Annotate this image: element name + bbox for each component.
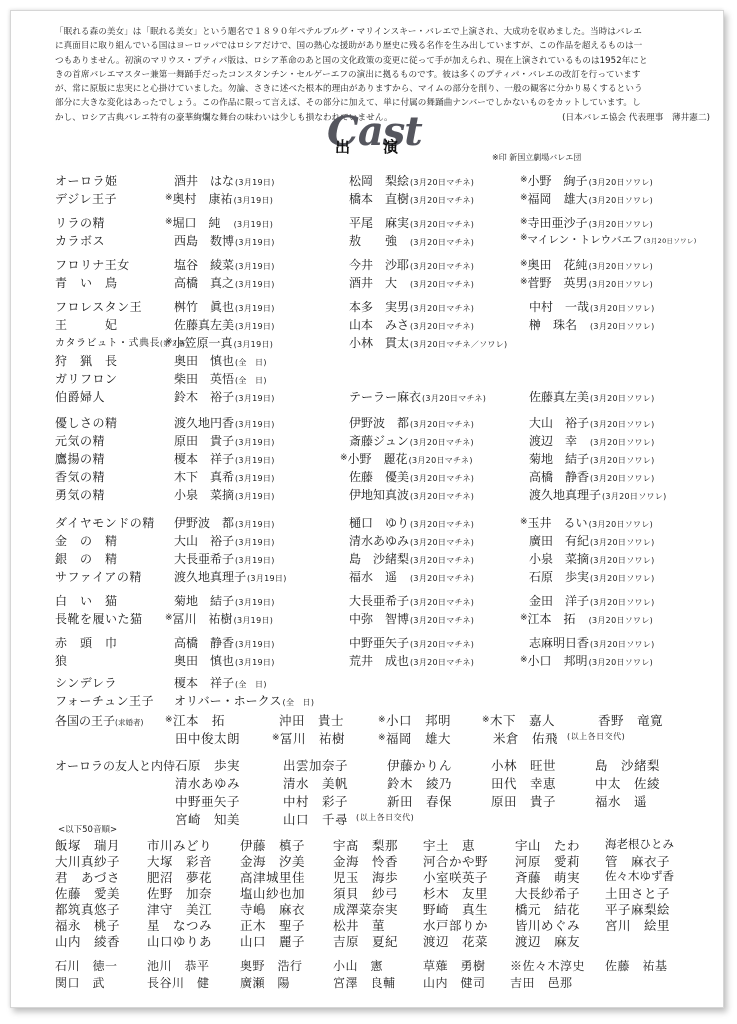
dancer-name: 佐藤真左美 — [174, 318, 234, 332]
role-label: オーロラ姫 — [55, 174, 118, 188]
cast-cell: 本多 実男(3月20日マチネ) — [340, 298, 474, 315]
friend-dancer: 中野亜矢子 — [175, 792, 240, 810]
friend-dancer: 島 沙緒梨 — [595, 756, 660, 774]
cast-cell: ※奥田 花純(3月20日ソワレ) — [520, 256, 653, 273]
cast-cell: 山本 みさ(3月20日マチネ) — [340, 316, 474, 333]
dancer-name: 小野 絢子 — [528, 174, 588, 188]
cast-cell: 清水あゆみ(3月20日マチネ) — [340, 532, 474, 549]
dancer-name: 榊 珠名 — [529, 318, 589, 332]
performance-date: (3月19日) — [235, 492, 275, 501]
cast-cell: 原田 貴子(3月19日) — [165, 432, 275, 449]
cast-cell: 橋本 直樹(3月20日マチネ) — [340, 190, 474, 207]
dancer-name: 渡辺 幸 — [529, 434, 589, 448]
role-label: フォーチュン王子 — [55, 694, 154, 708]
dancer-name: 大長亜希子 — [174, 552, 234, 566]
cast-cell: 伊野波 都(3月20日マチネ) — [340, 414, 474, 431]
role-label: 赤 頭 巾 — [55, 636, 118, 650]
dancer-name: 伊野波 都 — [174, 516, 234, 530]
dancer-name: マイレン・トレウバエフ — [528, 234, 643, 246]
role-label: 王 妃 — [55, 318, 118, 332]
dancer-name: 松岡 梨絵 — [349, 174, 409, 188]
performance-date: (3月20日マチネ) — [410, 438, 474, 447]
performance-date: (3月19日) — [235, 474, 275, 483]
performance-date: (全 日) — [283, 698, 315, 707]
cast-cell: 鈴木 裕子(3月19日) — [165, 388, 275, 405]
dancer-name: 敖 強 — [349, 234, 409, 248]
performance-date: (3月19日) — [235, 598, 275, 607]
cast-cell: 廣田 有紀(3月20日ソワレ) — [520, 532, 655, 549]
dancer-name: 渡久地円香 — [174, 416, 234, 430]
cast-cell: 酒井 はな(3月19日) — [165, 172, 275, 189]
dancer-name: 菅野 英男 — [528, 276, 588, 290]
intro-signature: (日本バレエ協会 代表理事 薄井憲二) — [562, 111, 710, 125]
friend-dancer: 新田 春保 — [387, 792, 452, 810]
performance-date: (3月19日) — [235, 658, 275, 667]
dancer-name: 原田 貴子 — [174, 434, 234, 448]
performance-date: (3月19日) — [234, 340, 274, 349]
dancer-name: 樋口 ゆり — [349, 516, 409, 530]
cast-cell: 中弥 智博(3月20日マチネ) — [340, 610, 474, 627]
prince-dancer: ※江本 拓 — [165, 711, 225, 729]
intro-line: 「眠れる森の美女」は「眠れる美女」という題名で１８９０年ペテルブルグ・マリインス… — [55, 25, 710, 39]
performance-date: (3月20日ソワレ) — [602, 492, 667, 501]
ensemble-dancer-male: ※佐々木淳史 — [510, 957, 585, 974]
dancer-name: テーラー麻衣 — [349, 390, 421, 404]
ensemble-dancer: 山口 麗子 — [240, 932, 305, 950]
performance-date: (3月20日ソワレ) — [644, 237, 697, 245]
dancer-name: 冨川 祐樹 — [280, 731, 345, 746]
performance-date: (3月20日ソワレ) — [590, 640, 655, 649]
performance-date: (全 日) — [235, 680, 267, 689]
cast-cell: 小林 貫太(3月20日マチネ／ソワレ) — [340, 334, 507, 351]
ensemble-dancer-male: 廣瀬 陽 — [240, 974, 290, 991]
dancer-name: 廣田 有紀 — [529, 534, 589, 548]
cast-cell: 奥田 慎也(3月19日) — [165, 652, 275, 669]
dancer-name: 佐藤 優美 — [349, 470, 409, 484]
cast-cell: 金田 洋子(3月20日ソワレ) — [520, 592, 655, 609]
role-label: 元気の精 — [55, 434, 105, 448]
performance-date: (3月19日) — [235, 178, 275, 187]
dancer-name: 石原 歩実 — [529, 570, 589, 584]
cast-cell: 大山 裕子(3月19日) — [165, 532, 275, 549]
role-label: シンデレラ — [55, 676, 117, 690]
dancer-name: 渡久地真理子 — [174, 570, 246, 584]
cast-cell: 高橋 静香(3月20日ソワレ) — [520, 468, 655, 485]
cast-cell: 伊野波 都(3月19日) — [165, 514, 275, 531]
dancer-name: 大山 裕子 — [529, 416, 589, 430]
performance-date: (3月20日マチネ) — [410, 474, 474, 483]
role-label: 長靴を履いた猫 — [55, 612, 143, 626]
dancer-name: 鈴木 裕子 — [174, 390, 234, 404]
rotation-note: (以上各日交代) — [356, 812, 414, 823]
performance-date: (3月20日マチネ) — [410, 220, 474, 229]
dancer-name: 中野亜矢子 — [349, 636, 409, 650]
company-mark: ※ — [520, 655, 528, 665]
ensemble-dancer: 海老根ひとみ — [605, 836, 674, 852]
cast-cell: 中野亜矢子(3月20日マチネ) — [340, 634, 474, 651]
dancer-name: 玉井 るい — [528, 516, 588, 530]
company-mark: ※ — [165, 715, 173, 725]
friend-dancer: 中村 彩子 — [283, 792, 348, 810]
performance-date: (3月20日マチネ) — [410, 574, 474, 583]
dancer-name: 菊地 結子 — [174, 594, 234, 608]
friend-dancer: 鈴木 綾乃 — [387, 774, 452, 792]
role-label: 鷹揚の精 — [55, 452, 105, 466]
ensemble-dancer: 渡辺 麻友 — [515, 932, 580, 950]
cast-cell: 佐藤真左美(3月19日) — [165, 316, 275, 333]
friend-dancer: 宮崎 知美 — [175, 810, 240, 828]
dancer-name: 高橋 静香 — [529, 470, 589, 484]
performance-date: (3月20日ソワレ) — [589, 262, 654, 271]
prince-dancer: 香野 竜寛 — [598, 711, 663, 729]
dancer-name: 渡久地真理子 — [529, 488, 601, 502]
performance-date: (3月20日マチネ) — [410, 616, 474, 625]
ensemble-dancer: 佐々木ゆず香 — [605, 868, 674, 884]
performance-date: (3月20日マチネ) — [410, 520, 474, 529]
dancer-name: 小林 貫太 — [349, 336, 409, 350]
cast-cell: 小泉 菜摘(3月20日ソワレ) — [520, 550, 655, 567]
dancer-name: 西島 数博 — [174, 234, 234, 248]
performance-date: (3月19日) — [234, 220, 274, 229]
dancer-name: 高橋 真之 — [174, 276, 234, 290]
dancer-name: 寺田亜沙子 — [528, 216, 588, 230]
dancer-name: 志麻明日香 — [529, 636, 589, 650]
cast-cell: オリバー・ホークス(全 日) — [165, 692, 314, 709]
cast-cell: 木下 真希(3月19日) — [165, 468, 275, 485]
performance-date: (3月19日) — [235, 394, 275, 403]
ensemble-dancer-male: 山内 健司 — [423, 974, 486, 991]
company-mark: ※ — [520, 233, 528, 243]
prince-dancer: ※木下 嘉人 — [482, 711, 555, 729]
role-label: リラの精 — [55, 216, 105, 230]
cast-cell: テーラー麻衣(3月20日マチネ) — [340, 388, 486, 405]
dancer-name: 清水あゆみ — [349, 534, 409, 548]
dancer-name: 奥田 慎也 — [174, 654, 234, 668]
role-label: 青 い 鳥 — [55, 276, 118, 290]
friend-dancer: 田代 幸恵 — [491, 774, 556, 792]
performance-date: (3月20日マチネ) — [410, 538, 474, 547]
cast-cell: ※小野 絢子(3月20日ソワレ) — [520, 172, 653, 189]
role-label: 狩 猟 長 — [55, 354, 118, 368]
performance-date: (3月20日ソワレ) — [590, 474, 655, 483]
friend-dancer: 福水 遥 — [595, 792, 647, 810]
cast-cell: 高橋 真之(3月19日) — [165, 274, 275, 291]
performance-date: (3月19日) — [235, 438, 275, 447]
role-label: 勇気の精 — [55, 488, 105, 502]
cast-cell: 柴田 英悟(全 日) — [165, 370, 267, 387]
cast-cell: 榎本 祥子(3月19日) — [165, 450, 275, 467]
dancer-name: 江本 拓 — [528, 612, 588, 626]
performance-date: (3月20日ソワレ) — [590, 556, 655, 565]
dancer-name: 小泉 菜摘 — [529, 552, 589, 566]
company-mark: ※ — [520, 517, 528, 527]
cast-cell: 志麻明日香(3月20日ソワレ) — [520, 634, 655, 651]
performance-date: (3月19日) — [247, 574, 287, 583]
dancer-name: 田中俊太朗 — [175, 731, 240, 746]
cast-cell: ※江本 拓 (3月20日ソワレ) — [520, 610, 653, 627]
dancer-name: 小笠原一真 — [173, 336, 233, 350]
dancer-name: 斎藤ジュン — [349, 434, 409, 448]
performance-date: (3月20日ソワレ) — [589, 280, 654, 289]
dancer-name: 福水 遥 — [349, 570, 409, 584]
intro-line: に真面目に取り組んでいる国はヨーロッパではロシアだけで、国の熱心な援助があり歴史… — [55, 39, 710, 53]
cast-cell: 伊地知真波(3月20日マチネ) — [340, 486, 474, 503]
cast-cell: ※堀口 純 (3月19日) — [165, 214, 273, 231]
intro-line: つもありません。初演のマリウス・プティパ版は、ロシア革命のあと国の文化政策の変更… — [55, 54, 710, 68]
dancer-name: 沖田 貴士 — [279, 713, 344, 728]
performance-date: (3月19日) — [235, 456, 275, 465]
performance-date: (3月20日マチネ) — [410, 556, 474, 565]
princes-label-text: 各国の王子 — [55, 714, 115, 728]
ensemble-dancer: 吉原 夏紀 — [333, 932, 398, 950]
performance-date: (3月20日マチネ／ソワレ) — [410, 340, 507, 349]
dancer-name: 今井 沙耶 — [349, 258, 409, 272]
cast-cell: 斎藤ジュン(3月20日マチネ) — [340, 432, 474, 449]
ensemble-dancer-male: 吉田 邑那 — [510, 974, 573, 991]
ensemble-dancer: 山口ゆりあ — [147, 932, 212, 950]
performance-date: (3月20日ソワレ) — [589, 178, 654, 187]
cast-cell: 大長亜希子(3月20日マチネ) — [340, 592, 474, 609]
ensemble-dancer-male: 佐藤 祐基 — [605, 957, 668, 974]
performance-date: (3月20日ソワレ) — [589, 220, 654, 229]
cast-cell: 樋口 ゆり(3月20日マチネ) — [340, 514, 474, 531]
cast-cell: ※マイレン・トレウバエフ(3月20日ソワレ) — [520, 232, 697, 247]
friend-dancer: 清水 美帆 — [283, 774, 348, 792]
dancer-name: 柴田 英悟 — [174, 372, 234, 386]
intro-line: きの首席バレエマスター兼第一舞踊手だったコンスタンチン・セルゲーエフの演出に拠る… — [55, 68, 710, 82]
company-mark: ※ — [378, 733, 386, 743]
performance-date: (3月20日マチネ) — [410, 420, 474, 429]
ensemble-dancer: 渡辺 花菜 — [423, 932, 488, 950]
company-mark: ※ — [520, 613, 528, 623]
prince-dancer: ※小口 邦明 — [378, 711, 451, 729]
dancer-name: 木下 嘉人 — [490, 713, 555, 728]
cast-cell: ※小笠原一真(3月19日) — [165, 334, 273, 351]
company-mark: ※ — [520, 259, 528, 269]
cast-cell: 中村 一哉(3月20日ソワレ) — [520, 298, 655, 315]
company-mark: ※ — [482, 715, 490, 725]
performance-date: (3月19日) — [235, 420, 275, 429]
performance-date: (3月20日マチネ) — [410, 178, 474, 187]
role-label: サファイアの精 — [55, 570, 142, 584]
role-label: ガリフロン — [55, 372, 118, 386]
role-label: デジレ王子 — [55, 192, 117, 206]
company-mark: ※ — [520, 217, 528, 227]
performance-date: (3月20日マチネ) — [410, 196, 474, 205]
dancer-name: 奥村 康祐 — [173, 192, 233, 206]
company-mark: ※ — [520, 277, 528, 287]
dancer-name: 島 沙緒梨 — [349, 552, 409, 566]
role-label: フロレスタン王 — [55, 300, 142, 314]
performance-date: (3月19日) — [235, 304, 275, 313]
performance-date: (3月20日マチネ) — [410, 262, 474, 271]
performance-date: (3月20日ソワレ) — [589, 520, 654, 529]
cast-title: Cast 出 演 — [327, 116, 447, 160]
dancer-name: 小野 麗花 — [348, 452, 408, 466]
dancer-name: 榎本 祥子 — [174, 452, 234, 466]
cast-cell: 菊地 結子(3月19日) — [165, 592, 275, 609]
dancer-name: 塩谷 綾菜 — [174, 258, 234, 272]
performance-date: (3月19日) — [235, 262, 275, 271]
role-label: カラボス — [55, 234, 105, 248]
dancer-name: 酒井 はな — [174, 174, 234, 188]
ensemble-dancer-male: 奥野 浩行 — [240, 957, 303, 974]
role-label: フロリナ王女 — [55, 258, 130, 272]
dancer-name: 福岡 雄大 — [528, 192, 588, 206]
cast-cell: 酒井 大 (3月20日マチネ) — [340, 274, 474, 291]
prince-dancer: ※福岡 雄大 — [378, 729, 451, 747]
princes-label: 各国の王子(求婚者) — [55, 712, 143, 729]
performance-date: (3月20日マチネ) — [410, 598, 474, 607]
dancer-name: 橋本 直樹 — [349, 192, 409, 206]
performance-date: (3月20日ソワレ) — [590, 394, 655, 403]
cast-cell: 平尾 麻実(3月20日マチネ) — [340, 214, 474, 231]
company-mark: ※ — [520, 175, 528, 185]
dancer-name: 奥田 花純 — [528, 258, 588, 272]
ensemble-dancer-male: 小山 憲 — [333, 957, 383, 974]
performance-date: (3月20日ソワレ) — [590, 598, 655, 607]
company-mark: ※ — [378, 715, 386, 725]
role-label: 狼 — [55, 654, 68, 668]
cast-cell: 高橋 静香(3月19日) — [165, 634, 275, 651]
friend-dancer: 石原 歩実 — [175, 756, 240, 774]
dancer-name: 伊野波 都 — [349, 416, 409, 430]
ensemble-label: <以下50音順> — [58, 823, 117, 835]
friend-dancer: 伊藤かりん — [387, 756, 452, 774]
ensemble-dancer-male: 池川 恭平 — [147, 957, 210, 974]
performance-date: (3月19日) — [234, 196, 274, 205]
cast-cell: 榊 珠名 (3月20日ソワレ) — [520, 316, 655, 333]
dancer-name: 荒井 成也 — [349, 654, 409, 668]
cast-cell: 荒井 成也(3月20日マチネ) — [340, 652, 474, 669]
cast-cell: 島 沙緒梨(3月20日マチネ) — [340, 550, 474, 567]
performance-date: (3月19日) — [235, 556, 275, 565]
role-label: 金 の 精 — [55, 534, 118, 548]
dancer-name: 江本 拓 — [173, 713, 225, 728]
dancer-name: 佐藤真左美 — [529, 390, 589, 404]
performance-date: (3月19日) — [235, 640, 275, 649]
cast-cell: 敖 強 (3月20日マチネ) — [340, 232, 474, 249]
cast-cell: ※奥村 康祐(3月19日) — [165, 190, 273, 207]
cast-cell: 大山 裕子(3月20日ソワレ) — [520, 414, 655, 431]
performance-date: (3月20日ソワレ) — [589, 196, 654, 205]
dancer-name: 大長亜希子 — [349, 594, 409, 608]
cast-cell: 奥田 慎也(全 日) — [165, 352, 267, 369]
prince-dancer: 沖田 貴士 — [279, 711, 344, 729]
dancer-name: 米倉 佑飛 — [493, 731, 558, 746]
performance-date: (3月20日マチネ) — [410, 304, 474, 313]
dancer-name: 福岡 雄大 — [386, 731, 451, 746]
rotation-note: (以上各日交代) — [567, 731, 625, 742]
dancer-name: 高橋 静香 — [174, 636, 234, 650]
cast-cell: 小泉 菜摘(3月19日) — [165, 486, 275, 503]
ensemble-dancer-male: 長谷川 健 — [147, 974, 210, 991]
cast-cell: 福水 遥 (3月20日マチネ) — [340, 568, 474, 585]
performance-date: (3月20日ソワレ) — [590, 538, 655, 547]
cast-cell: 西島 数博(3月19日) — [165, 232, 275, 249]
performance-date: (3月20日マチネ) — [410, 238, 474, 247]
company-mark: ※ — [165, 193, 173, 203]
ensemble-dancer-male: 関口 武 — [55, 974, 105, 991]
company-mark: ※ — [165, 337, 173, 347]
dancer-name: 金田 洋子 — [529, 594, 589, 608]
cast-title-jp-right: 演 — [383, 136, 398, 157]
performance-date: (3月20日マチネ) — [410, 322, 474, 331]
performance-date: (3月19日) — [234, 616, 274, 625]
performance-date: (3月20日ソワレ) — [590, 456, 655, 465]
cast-cell: 渡久地円香(3月19日) — [165, 414, 275, 431]
performance-date: (3月20日マチネ) — [410, 640, 474, 649]
performance-date: (3月20日ソワレ) — [590, 420, 655, 429]
performance-date: (3月20日ソワレ) — [589, 616, 654, 625]
cast-cell: 佐藤真左美(3月20日ソワレ) — [520, 388, 655, 405]
cast-cell: ※寺田亜沙子(3月20日ソワレ) — [520, 214, 653, 231]
dancer-name: 堀口 純 — [173, 216, 233, 230]
dancer-name: 中村 一哉 — [529, 300, 589, 314]
dancer-name: 榎本 祥子 — [174, 676, 234, 690]
cast-cell: ※冨川 祐樹(3月19日) — [165, 610, 273, 627]
cast-cell: 大長亜希子(3月19日) — [165, 550, 275, 567]
dancer-name: オリバー・ホークス — [174, 694, 282, 708]
ensemble-dancer-male: 草薙 勇樹 — [423, 957, 486, 974]
performance-date: (3月20日ソワレ) — [590, 574, 655, 583]
cast-cell: 今井 沙耶(3月20日マチネ) — [340, 256, 474, 273]
performance-date: (3月19日) — [235, 238, 275, 247]
dancer-name: 中弥 智博 — [349, 612, 409, 626]
cast-cell: ※玉井 るい(3月20日ソワレ) — [520, 514, 653, 531]
company-mark: ※ — [520, 193, 528, 203]
dancer-name: 平尾 麻実 — [349, 216, 409, 230]
cast-cell: ※福岡 雄大(3月20日ソワレ) — [520, 190, 653, 207]
company-mark: ※ — [165, 217, 173, 227]
dancer-name: 大山 裕子 — [174, 534, 234, 548]
princes-label-note: (求婚者) — [115, 718, 143, 727]
role-label: 優しさの精 — [55, 416, 118, 430]
company-note: ※印 新国立劇場バレエ団 — [492, 152, 581, 163]
cast-cell: ※小野 麗花(3月20日マチネ) — [340, 450, 473, 467]
dancer-name: 小口 邦明 — [386, 713, 451, 728]
friend-dancer: 小林 旺世 — [491, 756, 556, 774]
dancer-name: 酒井 大 — [349, 276, 409, 290]
role-label: 伯爵婦人 — [55, 390, 105, 404]
dancer-name: 桝竹 眞也 — [174, 300, 234, 314]
performance-date: (全 日) — [235, 376, 267, 385]
friend-dancer: 出雲加奈子 — [283, 756, 348, 774]
performance-date: (3月20日マチネ) — [410, 658, 474, 667]
dancer-name: 冨川 祐樹 — [173, 612, 233, 626]
ensemble-dancer-male: 石川 徳一 — [55, 957, 118, 974]
performance-date: (3月20日マチネ) — [410, 492, 474, 501]
cast-cell: 菊地 結子(3月20日ソワレ) — [520, 450, 655, 467]
performance-date: (3月20日マチネ) — [409, 456, 473, 465]
cast-cell: 塩谷 綾菜(3月19日) — [165, 256, 275, 273]
dancer-name: 香野 竜寛 — [598, 713, 663, 728]
company-mark: ※ — [165, 613, 173, 623]
cast-cell: 渡久地真理子(3月20日ソワレ) — [520, 486, 667, 503]
dancer-name: 木下 真希 — [174, 470, 234, 484]
ensemble-dancer: 山内 綾香 — [55, 932, 120, 950]
ensemble-dancer-male: 宮澤 良輔 — [333, 974, 396, 991]
cast-title-jp-left: 出 — [335, 136, 350, 157]
company-mark: ※ — [340, 453, 348, 463]
performance-date: (3月20日ソワレ) — [590, 304, 655, 313]
ensemble-dancer: 宮川 絵里 — [605, 916, 670, 934]
performance-date: (3月19日) — [235, 520, 275, 529]
dancer-name: 伊地知真波 — [349, 488, 409, 502]
friend-dancer: 清水あゆみ — [175, 774, 240, 792]
dancer-name: 小泉 菜摘 — [174, 488, 234, 502]
dancer-name: 本多 実男 — [349, 300, 409, 314]
